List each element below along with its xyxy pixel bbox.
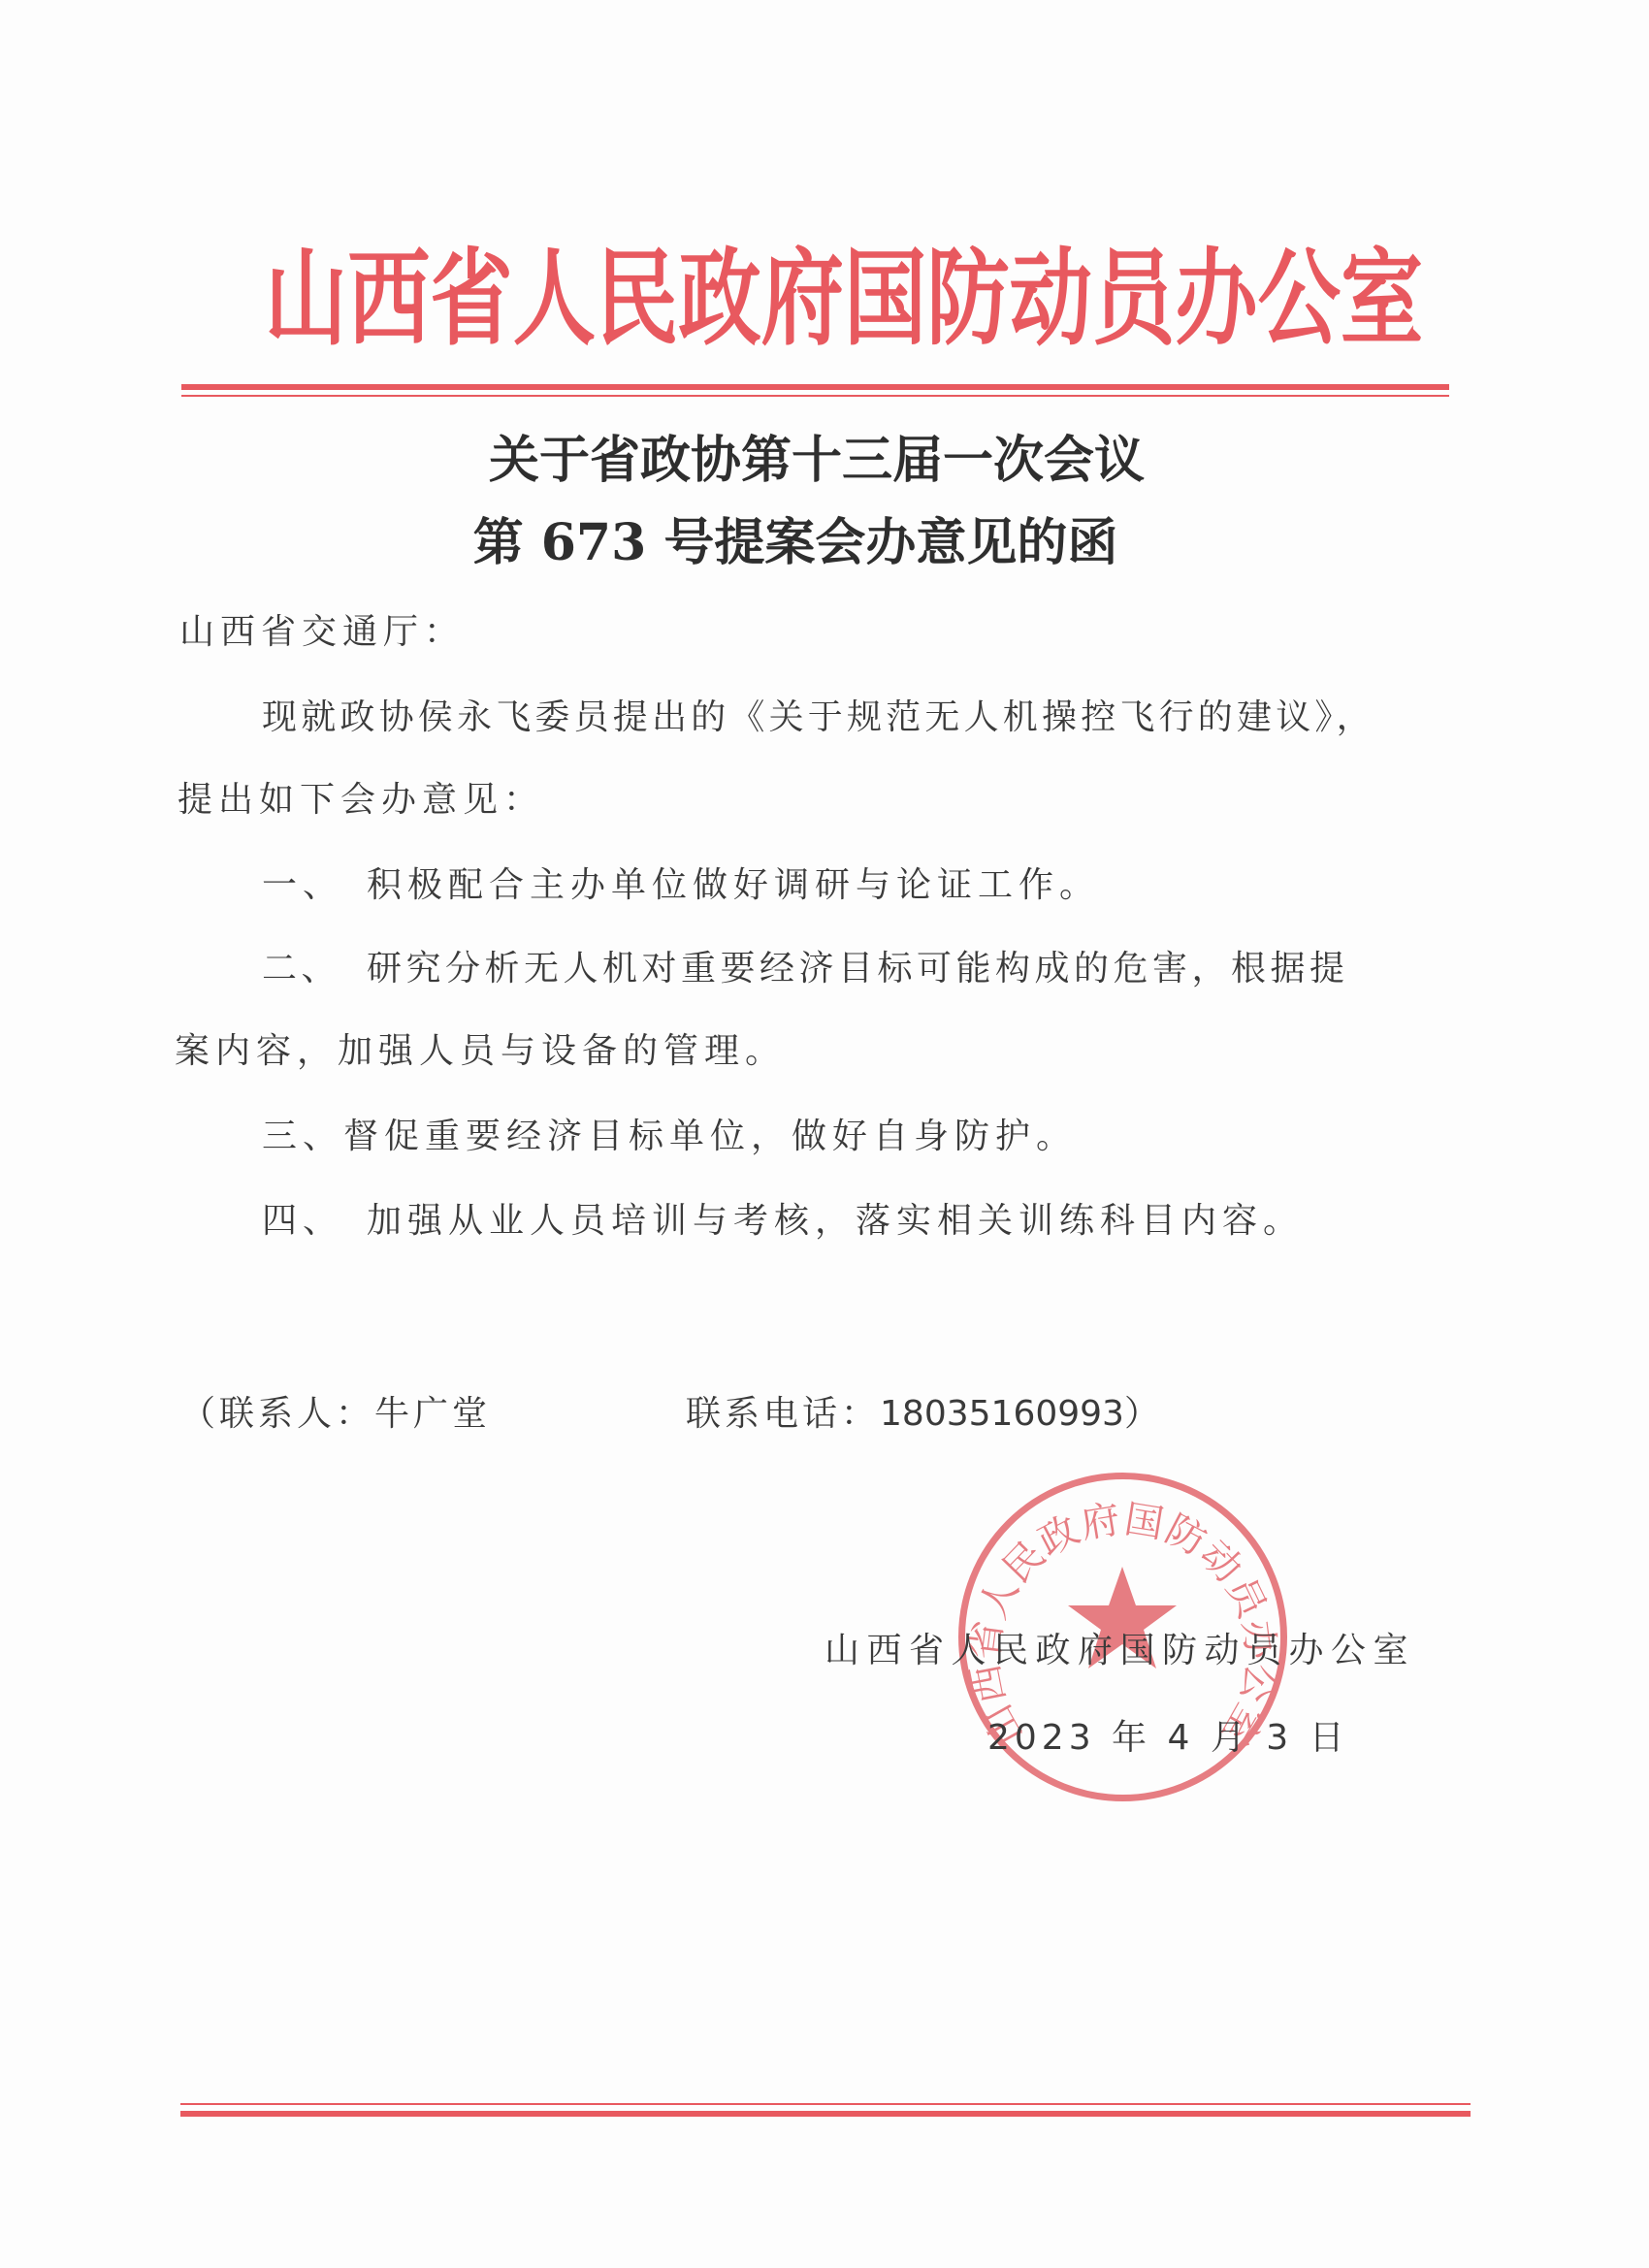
- item-1-text: 积极配合主办单位做好调研与论证工作。: [367, 865, 1100, 905]
- contact-phone-line: 联系电话：18035160993）: [686, 1393, 1163, 1436]
- intro-line-2: 提出如下会办意见：: [178, 779, 544, 822]
- signature-org: 山西省人民政府国防动员办公室: [824, 1630, 1415, 1672]
- item-3-text: 督促重要经济目标单位，做好自身防护。: [343, 1117, 1077, 1156]
- letterhead-rule-thin: [181, 395, 1449, 397]
- contact-person-name: 牛广堂: [374, 1394, 491, 1434]
- item-3: 三、督促重要经济目标单位，做好自身防护。: [262, 1116, 1077, 1158]
- item-1-marker: 一、: [262, 864, 367, 907]
- contact-phone-label: 联系电话：: [686, 1394, 880, 1434]
- letterhead-org-name: 山西省人民政府国防动员办公室: [265, 231, 1423, 367]
- footer-rule-thick: [180, 2111, 1471, 2117]
- item-1: 一、积极配合主办单位做好调研与论证工作。: [262, 864, 1100, 907]
- contact-person-label: （联系人：: [180, 1394, 374, 1434]
- document-heading-line-1: 关于省政协第十三届一次会议: [0, 432, 1641, 490]
- item-4-text: 加强从业人员培训与考核，落实相关训练科目内容。: [367, 1201, 1304, 1241]
- item-4: 四、加强从业人员培训与考核，落实相关训练科目内容。: [262, 1200, 1304, 1243]
- intro-line-1: 现就政协侯永飞委员提出的《关于规范无人机操控飞行的建议》，: [262, 697, 1375, 739]
- contact-line: （联系人：牛广堂: [180, 1393, 491, 1436]
- item-2-marker: 二、: [262, 948, 367, 990]
- letterhead-title: 山西省人民政府国防动员办公室: [0, 231, 1649, 367]
- item-2: 二、研究分析无人机对重要经济目标可能构成的危害，根据提: [262, 948, 1349, 990]
- footer-rule-thin: [180, 2103, 1471, 2105]
- document-heading-line-2: 第 673 号提案会办意见的函: [0, 514, 1620, 572]
- signature-date: 2023 年 4 月 3 日: [987, 1717, 1349, 1760]
- item-2-continuation: 案内容，加强人员与设备的管理。: [175, 1030, 786, 1073]
- item-2-text: 研究分析无人机对重要经济目标可能构成的危害，根据提: [367, 949, 1349, 988]
- item-3-marker: 三、: [262, 1117, 343, 1156]
- letterhead-rule-thick: [181, 384, 1449, 390]
- document-page: 山西省人民政府国防动员办公室 关于省政协第十三届一次会议 第 673 号提案会办…: [0, 0, 1649, 2268]
- contact-phone-number: 18035160993: [880, 1394, 1124, 1434]
- contact-close-paren: ）: [1124, 1394, 1163, 1434]
- item-4-marker: 四、: [262, 1200, 367, 1243]
- salutation: 山西省交通厅：: [179, 611, 465, 654]
